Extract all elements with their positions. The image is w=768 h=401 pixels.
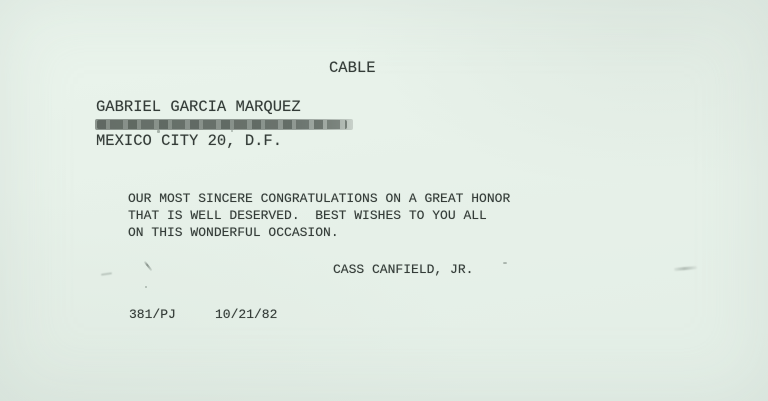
recipient-city-line: MEXICO CITY 20, D.F. bbox=[96, 132, 282, 150]
sender-signature: CASS CANFIELD, JR. bbox=[333, 261, 473, 278]
redacted-address-line bbox=[95, 119, 353, 130]
ink-speck bbox=[503, 262, 507, 264]
recipient-name: GABRIEL GARCIA MARQUEZ bbox=[96, 98, 301, 116]
pencil-smudge bbox=[101, 272, 112, 276]
document-type-label: CABLE bbox=[329, 59, 376, 77]
cable-document-scan: CABLE GABRIEL GARCIA MARQUEZ MEXICO CITY… bbox=[0, 0, 768, 401]
message-body: OUR MOST SINCERE CONGRATULATIONS ON A GR… bbox=[128, 190, 510, 241]
pencil-check-mark bbox=[143, 261, 152, 272]
reference-number: 381/PJ bbox=[129, 306, 176, 323]
message-line: ON THIS WONDERFUL OCCASION. bbox=[128, 224, 510, 241]
date: 10/21/82 bbox=[215, 306, 277, 323]
ink-speck bbox=[145, 286, 147, 288]
paper-smudge-mark bbox=[674, 266, 697, 271]
message-line: OUR MOST SINCERE CONGRATULATIONS ON A GR… bbox=[128, 190, 510, 207]
message-line: THAT IS WELL DESERVED. BEST WISHES TO YO… bbox=[128, 207, 510, 224]
